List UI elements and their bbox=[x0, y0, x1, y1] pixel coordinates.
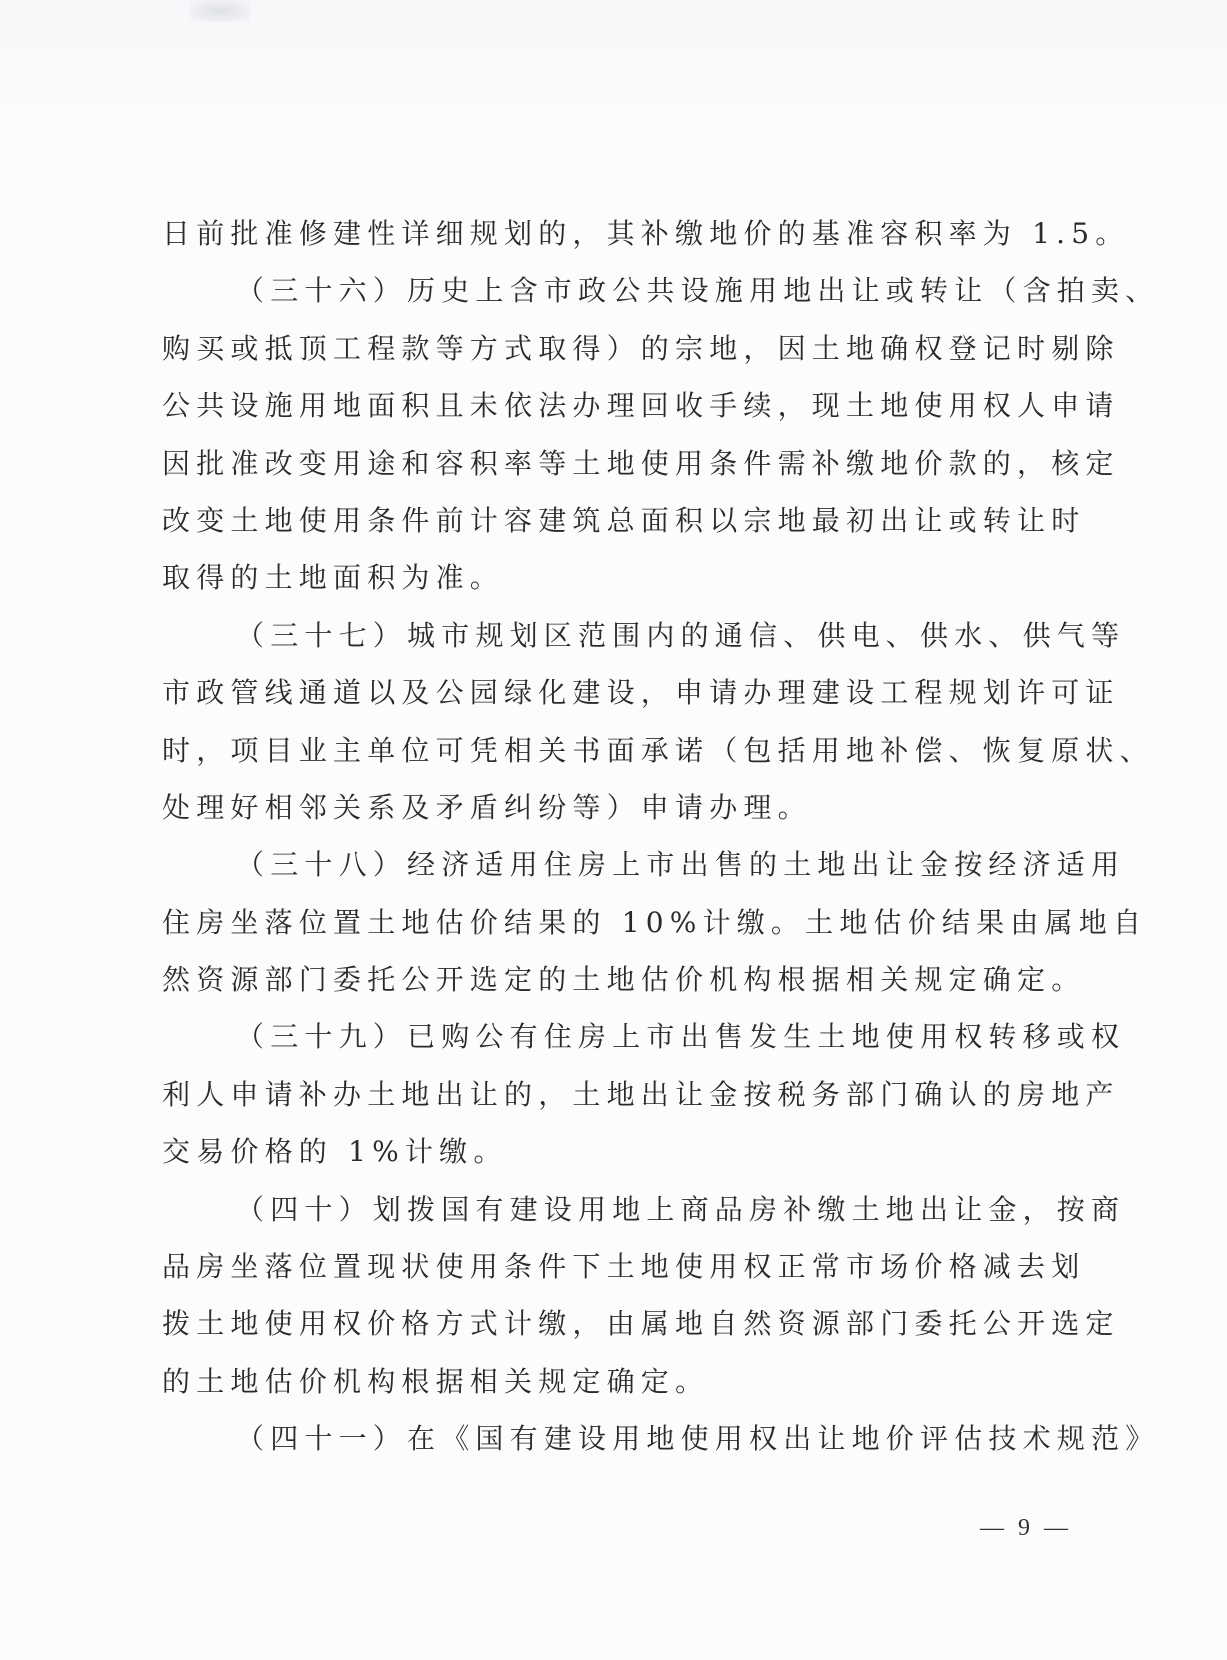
text-line: 处理好相邻关系及矛盾纠纷等）申请办理。 bbox=[162, 779, 1082, 836]
text-line: 市政管线通道以及公园绿化建设，申请办理建设工程规划许可证 bbox=[162, 664, 1082, 721]
text-line: 的土地估价机构根据相关规定确定。 bbox=[162, 1353, 1082, 1410]
clause-37-start: （三十七）城市规划区范围内的通信、供电、供水、供气等 bbox=[162, 607, 1082, 664]
text-line: 因批准改变用途和容积率等土地使用条件需补缴地价款的，核定 bbox=[162, 435, 1082, 492]
clause-36-start: （三十六）历史上含市政公共设施用地出让或转让（含拍卖、 bbox=[162, 262, 1082, 319]
document-body: 日前批准修建性详细规划的，其补缴地价的基准容积率为 1.5。 （三十六）历史上含… bbox=[162, 205, 1082, 1468]
clause-40-start: （四十）划拨国有建设用地上商品房补缴土地出让金，按商 bbox=[162, 1181, 1082, 1238]
page-number: — 9 — bbox=[980, 1515, 1072, 1542]
text-line: 改变土地使用条件前计容建筑总面积以宗地最初出让或转让时 bbox=[162, 492, 1082, 549]
text-line: 日前批准修建性详细规划的，其补缴地价的基准容积率为 1.5。 bbox=[162, 205, 1082, 262]
text-line: 住房坐落位置土地估价结果的 10%计缴。土地估价结果由属地自 bbox=[162, 894, 1082, 951]
clause-39-start: （三十九）已购公有住房上市出售发生土地使用权转移或权 bbox=[162, 1008, 1082, 1065]
document-page: 日前批准修建性详细规划的，其补缴地价的基准容积率为 1.5。 （三十六）历史上含… bbox=[0, 0, 1227, 1660]
clause-38-start: （三十八）经济适用住房上市出售的土地出让金按经济适用 bbox=[162, 836, 1082, 893]
clause-41-start: （四十一）在《国有建设用地使用权出让地价评估技术规范》 bbox=[162, 1410, 1082, 1467]
text-line: 公共设施用地面积且未依法办理回收手续，现土地使用权人申请 bbox=[162, 377, 1082, 434]
text-line: 品房坐落位置现状使用条件下土地使用权正常市场价格减去划 bbox=[162, 1238, 1082, 1295]
scan-artifact bbox=[190, 0, 250, 22]
text-line: 然资源部门委托公开选定的土地估价机构根据相关规定确定。 bbox=[162, 951, 1082, 1008]
text-line: 拨土地使用权价格方式计缴，由属地自然资源部门委托公开选定 bbox=[162, 1295, 1082, 1352]
text-line: 取得的土地面积为准。 bbox=[162, 549, 1082, 606]
text-line: 时，项目业主单位可凭相关书面承诺（包括用地补偿、恢复原状、 bbox=[162, 722, 1082, 779]
text-line: 利人申请补办土地出让的，土地出让金按税务部门确认的房地产 bbox=[162, 1066, 1082, 1123]
text-line: 购买或抵顶工程款等方式取得）的宗地，因土地确权登记时剔除 bbox=[162, 320, 1082, 377]
text-line: 交易价格的 1%计缴。 bbox=[162, 1123, 1082, 1180]
